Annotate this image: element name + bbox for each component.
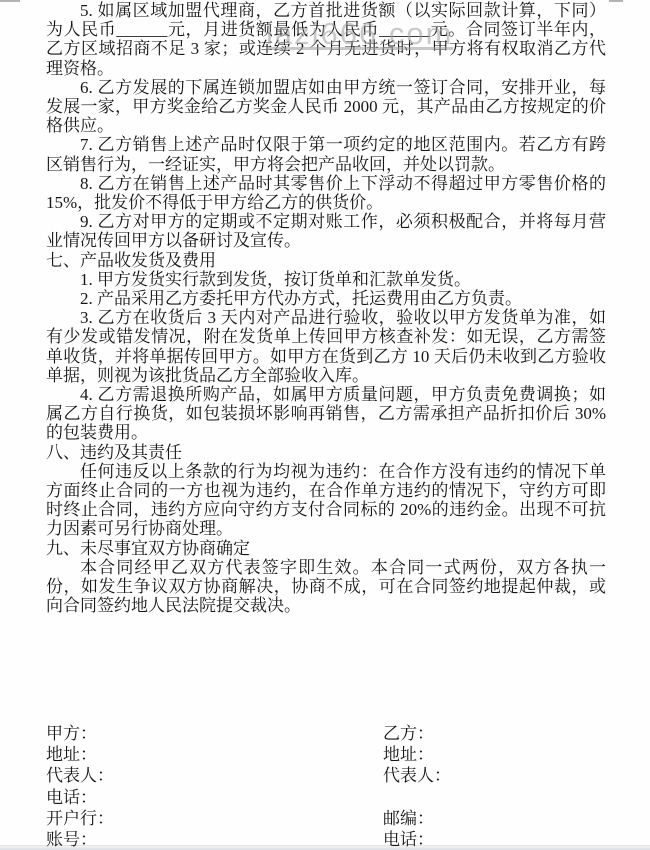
section-heading-7: 七、产品收发货及费用 — [46, 251, 606, 270]
section-heading-8: 八、违约及其责任 — [46, 443, 606, 462]
party-b-postcode-label: 邮编： — [383, 808, 606, 829]
signature-row-account: 账号： 电话： — [46, 829, 606, 850]
paragraph-clause-5: 5. 如属区域加盟代理商，乙方首批进货额（以实际回款计算，下同）为人民币____… — [46, 1, 606, 78]
paragraph-shipping-clause-4: 4. 乙方需退换所购产品，如属甲方质量问题，甲方负责免费调换；如属乙方自行换货，… — [46, 385, 606, 443]
section-heading-9: 九、未尽事宜双方协商确定 — [46, 539, 606, 558]
party-a-address-label: 地址： — [46, 744, 383, 765]
signature-row-address: 地址： 地址： — [46, 744, 606, 765]
paragraph-shipping-clause-1: 1. 甲方发货实行款到发货，按订货单和汇款单发货。 — [46, 270, 606, 289]
paragraph-clause-7: 7. 乙方销售上述产品时仅限于第一项约定的地区范围内。若乙方有跨区销售行为，一经… — [46, 135, 606, 173]
party-a-bank-label: 开户行： — [46, 808, 383, 829]
paragraph-clause-6: 6. 乙方发展的下属连锁加盟店如由甲方统一签订合同，安排开业，每发展一家，甲方奖… — [46, 78, 606, 136]
contract-body: 5. 如属区域加盟代理商，乙方首批进货额（以实际回款计算，下同）为人民币____… — [46, 1, 606, 616]
party-b-phone-label: 电话： — [383, 829, 606, 850]
party-a-phone-label: 电话： — [46, 787, 383, 808]
paragraph-clause-9: 9. 乙方对甲方的定期或不定期对账工作，必须积极配合，并将每月营业情况传回甲方以… — [46, 212, 606, 250]
party-a-rep-label: 代表人： — [46, 765, 383, 786]
paragraph-shipping-clause-3: 3. 乙方在收货后 3 天内对产品进行验收，验收以甲方发货单为准，如有少发或错发… — [46, 308, 606, 385]
party-b-label: 乙方： — [383, 723, 606, 744]
signature-block: 甲方： 乙方： 地址： 地址： 代表人： 代表人： 电话： 开户行： 邮编： 账… — [46, 723, 606, 850]
window-edge-mark-left — [0, 0, 20, 2]
party-a-account-label: 账号： — [46, 829, 383, 850]
party-b-address-label: 地址： — [383, 744, 606, 765]
window-edge-mark-right — [609, 0, 623, 2]
signature-row-phone: 电话： — [46, 787, 606, 808]
party-b-rep-label: 代表人： — [383, 765, 606, 786]
signature-row-representative: 代表人： 代表人： — [46, 765, 606, 786]
paragraph-shipping-clause-2: 2. 产品采用乙方委托甲方代办方式，托运费用由乙方负责。 — [46, 289, 606, 308]
paragraph-effectiveness-terms: 本合同经甲乙双方代表签字即生效。本合同一式两份，双方各执一份，如发生争议双方协商… — [46, 558, 606, 616]
paragraph-clause-8: 8. 乙方在销售上述产品时其零售价上下浮动不得超过甲方零售价格的15%，批发价不… — [46, 174, 606, 212]
signature-row-bank: 开户行： 邮编： — [46, 808, 606, 829]
contract-page: lazi666.com 5. 如属区域加盟代理商，乙方首批进货额（以实际回款计算… — [0, 0, 650, 850]
paragraph-breach-terms: 任何违反以上条款的行为均视为违约：在合作方没有违约的情况下单方面终止合同的一方也… — [46, 462, 606, 539]
signature-row-party: 甲方： 乙方： — [46, 723, 606, 744]
party-b-blank-cell — [383, 787, 606, 808]
party-a-label: 甲方： — [46, 723, 383, 744]
